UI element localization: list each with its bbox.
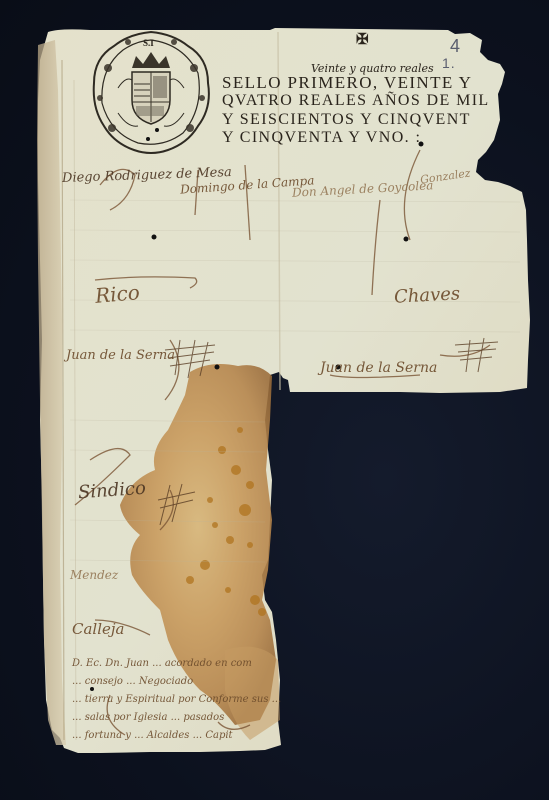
seal-label: S.I — [143, 38, 154, 48]
signature: Rico — [94, 280, 141, 308]
stamp-line-1: SELLO PRIMERO, VEINTE Y — [222, 73, 472, 93]
body-line: ... salas por Iglesia ... pasados — [72, 712, 224, 723]
folio-mark: 1. — [442, 55, 456, 71]
signature: Chaves — [393, 283, 460, 307]
folio-number: 4 — [450, 36, 461, 57]
stamp-line-2: QVATRO REALES AÑOS DE MIL — [222, 92, 490, 110]
signature: Calleja — [72, 620, 125, 638]
stamp-line-4: Y CINQVENTA Y VNO. : — [222, 129, 421, 147]
body-line: ... tierra y Espiritual por Conforme sus… — [72, 694, 281, 705]
body-line: ... consejo ... Negociado — [72, 676, 193, 687]
signature: Juan de la Serna — [320, 360, 437, 376]
signature: Mendez — [70, 568, 118, 582]
body-line: D. Ec. Dn. Juan ... acordado en com — [72, 658, 252, 669]
body-line: ... fortuna y ... Alcaldes ... Capit — [72, 730, 233, 741]
cross-icon: ✠ — [356, 30, 370, 49]
stamp-line-3: Y SEISCIENTOS Y CINQVENT — [222, 111, 471, 129]
signature: Juan de la Serna — [66, 348, 175, 363]
